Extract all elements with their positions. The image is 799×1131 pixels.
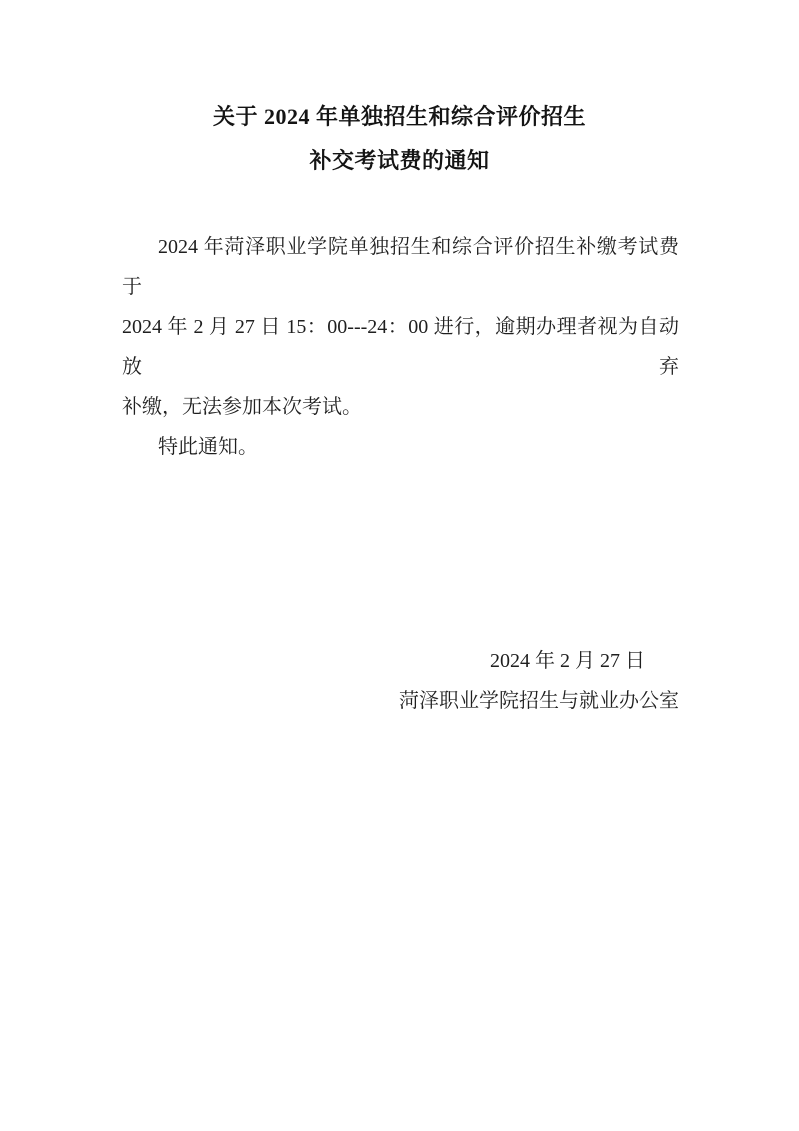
signature-date: 2024 年 2 月 27 日: [122, 641, 645, 681]
notice-title: 关于 2024 年单独招生和综合评价招生 补交考试费的通知: [0, 0, 799, 183]
notice-title-line-1: 关于 2024 年单独招生和综合评价招生: [0, 95, 799, 139]
body-paragraph-line-1: 2024 年菏泽职业学院单独招生和综合评价招生补缴考试费于: [122, 227, 679, 307]
notice-title-line-2: 补交考试费的通知: [0, 139, 799, 183]
notice-body: 2024 年菏泽职业学院单独招生和综合评价招生补缴考试费于 2024 年 2 月…: [122, 227, 679, 721]
signature-department: 菏泽职业学院招生与就业办公室: [122, 681, 679, 721]
closing-line: 特此通知。: [122, 427, 679, 467]
signature-block: 2024 年 2 月 27 日 菏泽职业学院招生与就业办公室: [122, 641, 679, 721]
body-paragraph-line-3: 补缴，无法参加本次考试。: [122, 387, 679, 427]
notice-document-page: 关于 2024 年单独招生和综合评价招生 补交考试费的通知 2024 年菏泽职业…: [0, 0, 799, 1131]
body-paragraph-line-2: 2024 年 2 月 27 日 15：00---24：00 进行，逾期办理者视为…: [122, 307, 679, 387]
